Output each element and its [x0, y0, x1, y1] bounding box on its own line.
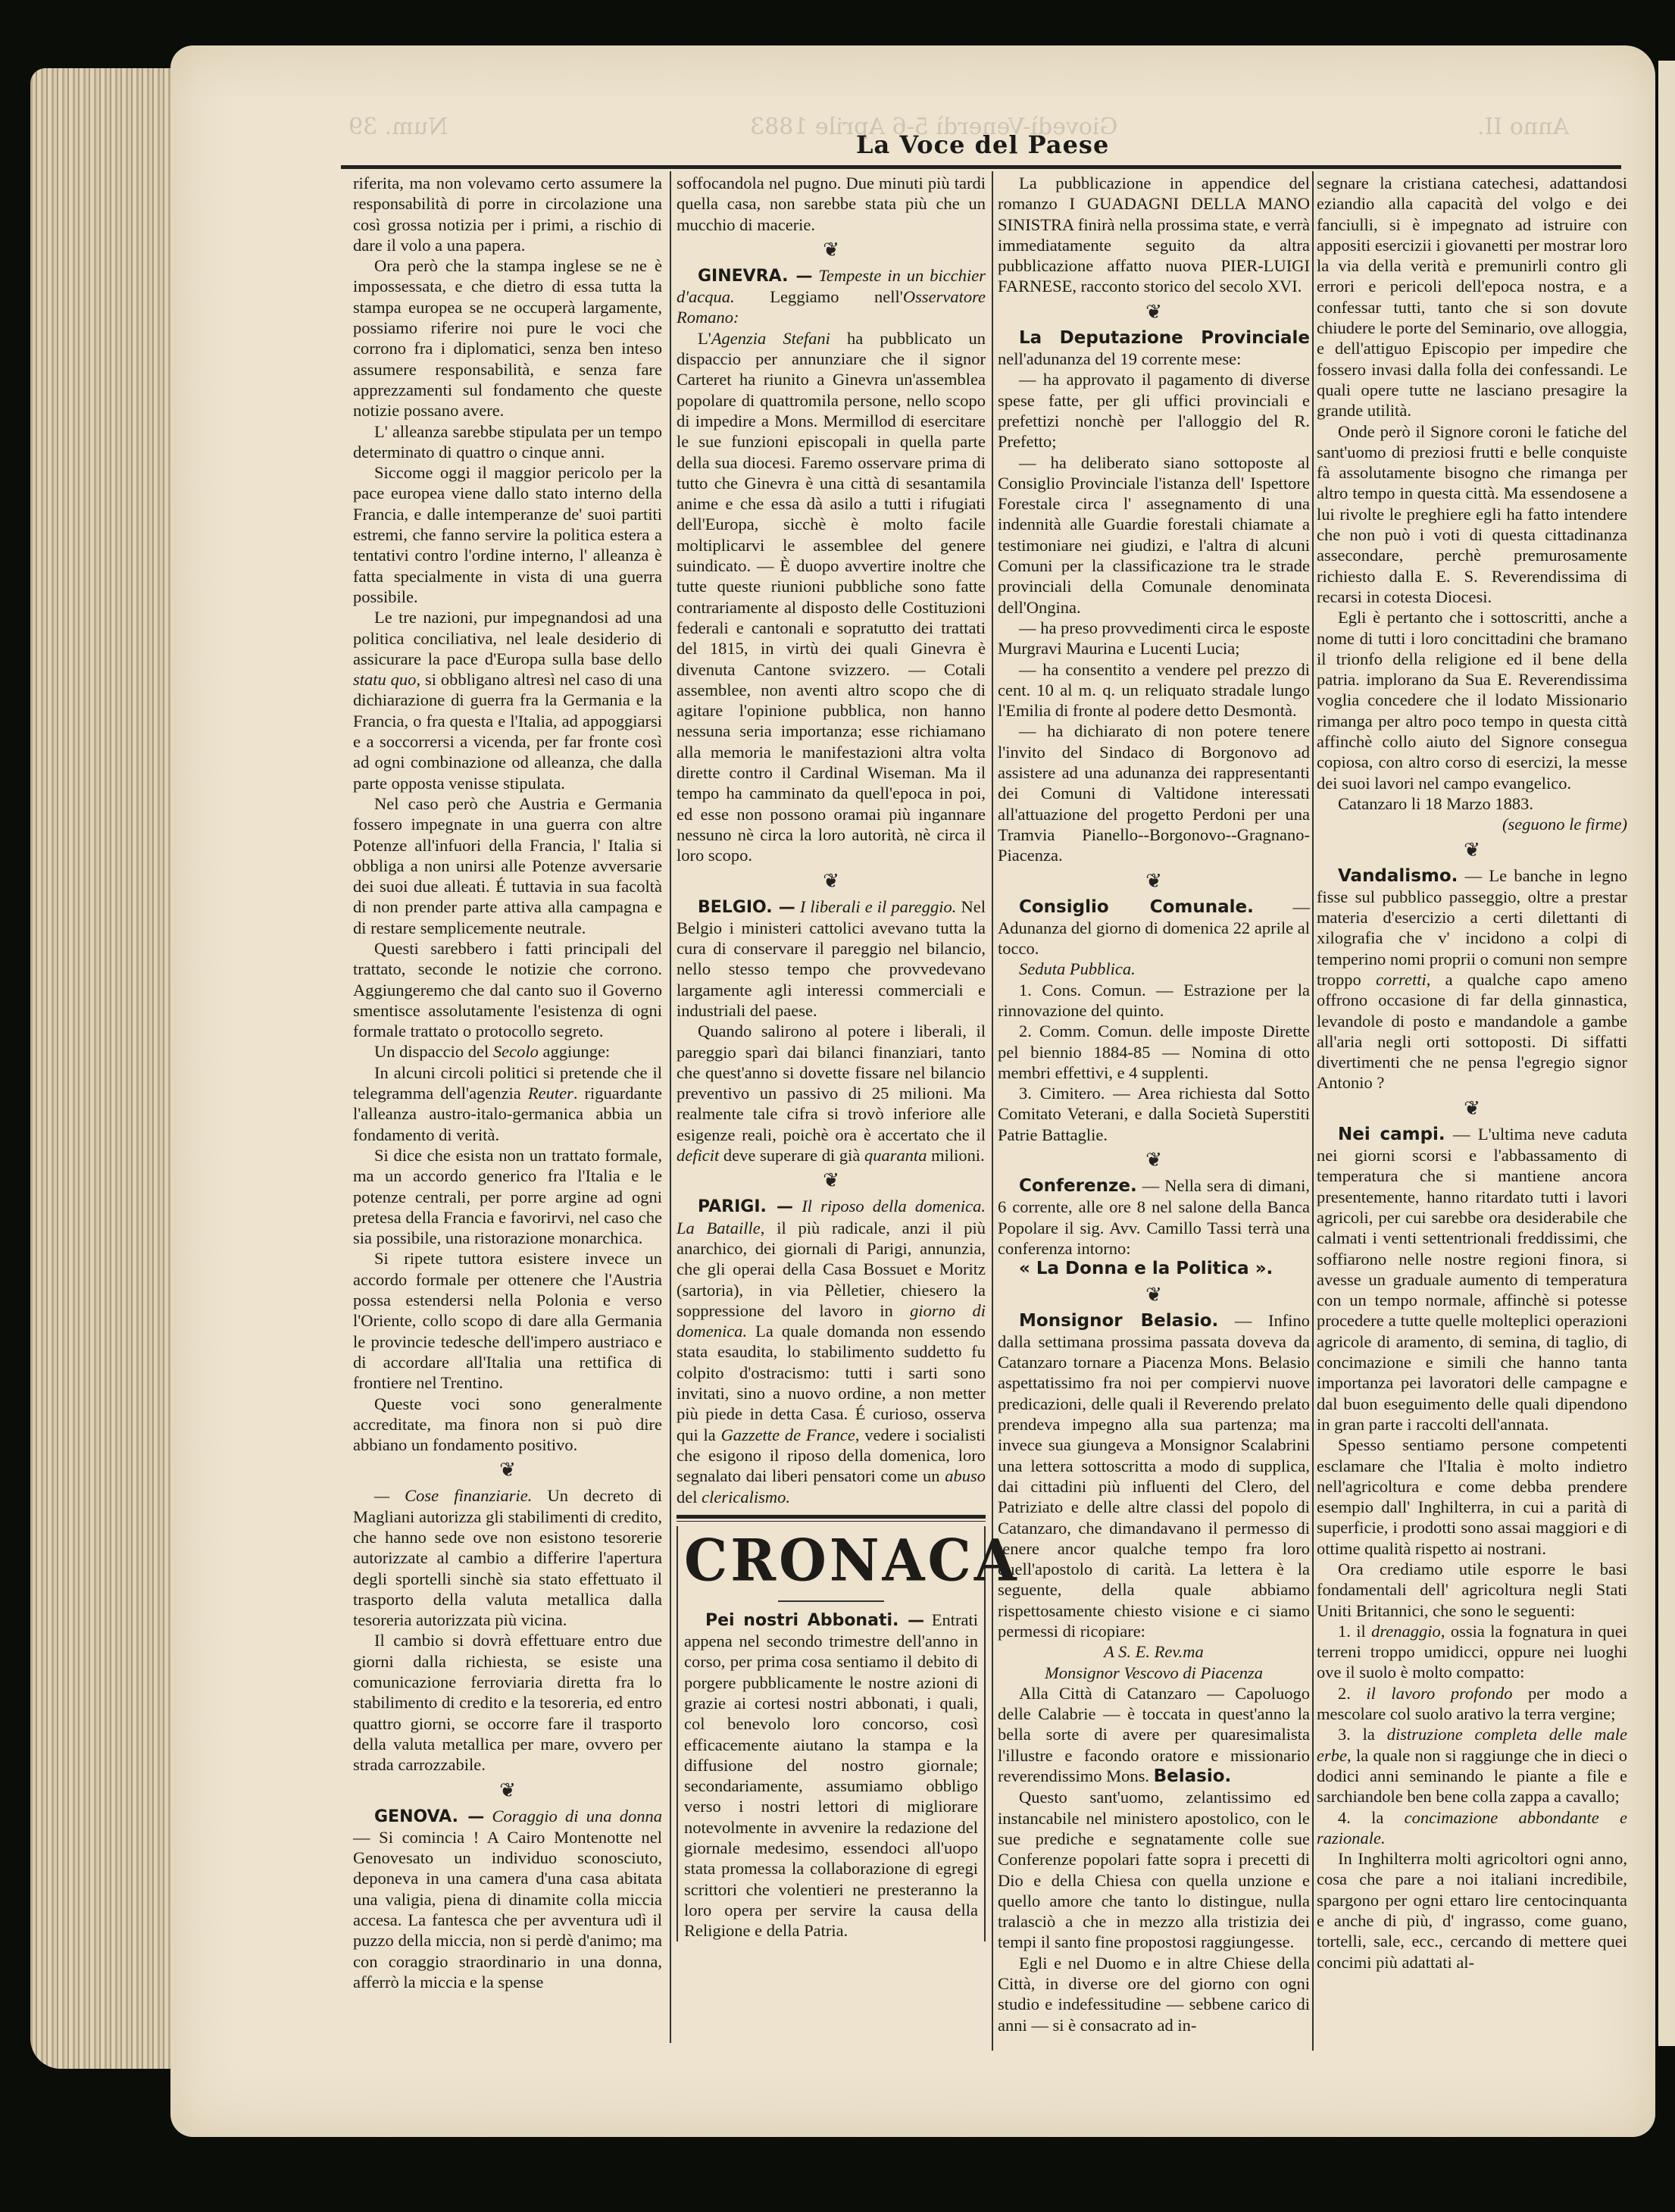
- article-belgio: BELGIO. — I liberali e il pareggio. Nel …: [677, 896, 986, 1022]
- paragraph: Seduta Pubblica.: [998, 959, 1310, 979]
- paragraph: Questi sarebbero i fatti principali del …: [353, 938, 662, 1041]
- article-nei-campi: Nei campi. — L'ultima neve caduta nei gi…: [1317, 1124, 1627, 1435]
- ornament-icon: ❦: [353, 1455, 662, 1485]
- ornament-icon: ❦: [353, 1776, 662, 1806]
- ornament-icon: ❦: [677, 235, 986, 265]
- paragraph: L' alleanza sarebbe stipulata per un tem…: [353, 421, 662, 463]
- paragraph: soffocandola nel pugno. Due minuti più t…: [677, 173, 986, 235]
- paragraph: Onde però il Signore coroni le fatiche d…: [1317, 421, 1627, 608]
- paragraph: Egli è pertanto che i sottoscritti, anch…: [1317, 607, 1627, 793]
- letter-address: Monsignor Vescovo di Piacenza: [998, 1663, 1310, 1683]
- paragraph: Siccome oggi il maggior pericolo per la …: [353, 462, 662, 607]
- column-1: riferita, ma non volevamo certo assumere…: [353, 173, 662, 1992]
- ornament-icon: ❦: [1317, 835, 1627, 865]
- list-item: 4. la concimazione abbondante e razional…: [1317, 1807, 1627, 1849]
- paragraph: Alla Città di Catanzaro — Capoluogo dell…: [998, 1683, 1310, 1787]
- column-divider: [1312, 171, 1314, 2051]
- letter-address: A S. E. Rev.ma: [998, 1641, 1310, 1662]
- section-rule: [778, 1600, 884, 1602]
- paragraph: Si ripete tuttora esistere invece un acc…: [353, 1248, 662, 1393]
- dateline: Catanzaro li 18 Marzo 1883.: [1317, 793, 1627, 814]
- column-3: La pubblicazione in appendice del romanz…: [998, 173, 1310, 2035]
- ornament-icon: ❦: [1317, 1093, 1627, 1124]
- column-2: soffocandola nel pugno. Due minuti più t…: [677, 173, 986, 1941]
- column-divider: [992, 171, 993, 2051]
- facing-page-edge: [1658, 61, 1675, 2046]
- list-item: 3. la distruzione completa delle male er…: [1317, 1724, 1627, 1807]
- column-divider: [670, 171, 671, 2043]
- paragraph: Spesso sentiamo persone competenti escla…: [1317, 1435, 1627, 1559]
- paragraph: In alcuni circoli politici si pretende c…: [353, 1062, 662, 1145]
- article-deputazione: La Deputazione Provinciale nell'adunanza…: [998, 327, 1310, 370]
- paragraph: Egli e nel Duomo e in altre Chiese della…: [998, 1953, 1310, 2035]
- paragraph: Quando salirono al potere i liberali, il…: [677, 1021, 986, 1165]
- paragraph: Questo sant'uomo, zelantissimo ed instan…: [998, 1787, 1310, 1952]
- article-parigi: PARIGI. — Il riposo della domenica. La B…: [677, 1196, 986, 1506]
- cronaca-box: CRONACA Pei nostri Abbonati. — Entrati a…: [677, 1526, 986, 1941]
- paragraph: riferita, ma non volevamo certo assumere…: [353, 173, 662, 255]
- list-item: 1. il drenaggio, ossia la fognatura in q…: [1317, 1621, 1627, 1683]
- article-abbonati: Pei nostri Abbonati. — Entrati appena ne…: [684, 1610, 978, 1941]
- paragraph: — ha preso provvedimenti circa le espost…: [998, 618, 1310, 659]
- paragraph: Si dice che esista non un trattato forma…: [353, 1145, 662, 1248]
- paragraph: — ha deliberato siano sottoposte al Cons…: [998, 452, 1310, 618]
- section-title-cronaca: CRONACA: [684, 1525, 978, 1597]
- paragraph: In Inghilterra molti agricoltori ogni an…: [1317, 1848, 1627, 1973]
- article-consiglio: Consiglio Comunale. — Adunanza del giorn…: [998, 896, 1310, 959]
- agenda-item: 1. Cons. Comun. — Estrazione per la rinn…: [998, 980, 1310, 1022]
- ornament-icon: ❦: [677, 1165, 986, 1196]
- column-4: segnare la cristiana catechesi, adattand…: [1317, 173, 1627, 1973]
- notice-appendice: La pubblicazione in appendice del romanz…: [998, 173, 1310, 297]
- paragraph: Queste voci sono generalmente accreditat…: [353, 1394, 662, 1456]
- conference-title: « La Donna e la Politica ».: [998, 1259, 1310, 1279]
- paragraph: — ha consentito a vendere pel prezzo di …: [998, 659, 1310, 721]
- paragraph: Nel caso però che Austria e Germania fos…: [353, 793, 662, 938]
- paragraph: Ora però che la stampa inglese se ne è i…: [353, 255, 662, 421]
- bleed-through-issue-number: Num. 39: [348, 114, 448, 140]
- signatures-note: (seguono le firme): [1317, 814, 1627, 834]
- article-finanziarie: — Cose finanziarie. Un decreto di Maglia…: [353, 1485, 662, 1630]
- paragraph: Ora crediamo utile esporre le basi fonda…: [1317, 1559, 1627, 1621]
- ornament-icon: ❦: [998, 866, 1310, 896]
- article-vandalismo: Vandalismo. — Le banche in legno fisse s…: [1317, 865, 1627, 1093]
- agenda-item: 3. Cimitero. — Area richiesta dal Sotto …: [998, 1083, 1310, 1145]
- bleed-through-year: Anno II.: [1477, 114, 1569, 140]
- section-rule: [677, 1521, 986, 1522]
- paragraph: Le tre nazioni, pur impegnandosi ad una …: [353, 607, 662, 793]
- article-genova: GENOVA. — Coraggio di una donna — Si com…: [353, 1806, 662, 1993]
- ornament-icon: ❦: [677, 866, 986, 896]
- masthead-rule: [341, 165, 1621, 169]
- ornament-icon: ❦: [998, 1145, 1310, 1175]
- ornament-icon: ❦: [998, 297, 1310, 327]
- section-rule: [677, 1515, 986, 1519]
- article-belasio: Monsignor Belasio. — Infino dalla settim…: [998, 1310, 1310, 1642]
- paragraph: — ha approvato il pagamento di diverse s…: [998, 369, 1310, 452]
- ornament-icon: ❦: [998, 1280, 1310, 1310]
- list-item: 2. il lavoro profondo per modo a mescola…: [1317, 1683, 1627, 1725]
- book-page-edges: [30, 68, 182, 2069]
- paragraph: L'Agenzia Stefani ha pubblicato un dispa…: [677, 328, 986, 866]
- paragraph: — ha dichiarato di non potere tenere l'i…: [998, 721, 1310, 865]
- agenda-item: 2. Comm. Comun. delle imposte Dirette pe…: [998, 1021, 1310, 1083]
- masthead-title: La Voce del Paese: [856, 130, 1109, 159]
- paragraph: segnare la cristiana catechesi, adattand…: [1317, 173, 1627, 421]
- article-conferenze: Conferenze. — Nella sera di dimani, 6 co…: [998, 1175, 1310, 1259]
- paragraph: Un dispaccio del Secolo aggiunge:: [353, 1041, 662, 1062]
- article-ginevra: GINEVRA. — Tempeste in un bicchier d'acq…: [677, 265, 986, 328]
- paragraph: Il cambio si dovrà effettuare entro due …: [353, 1630, 662, 1775]
